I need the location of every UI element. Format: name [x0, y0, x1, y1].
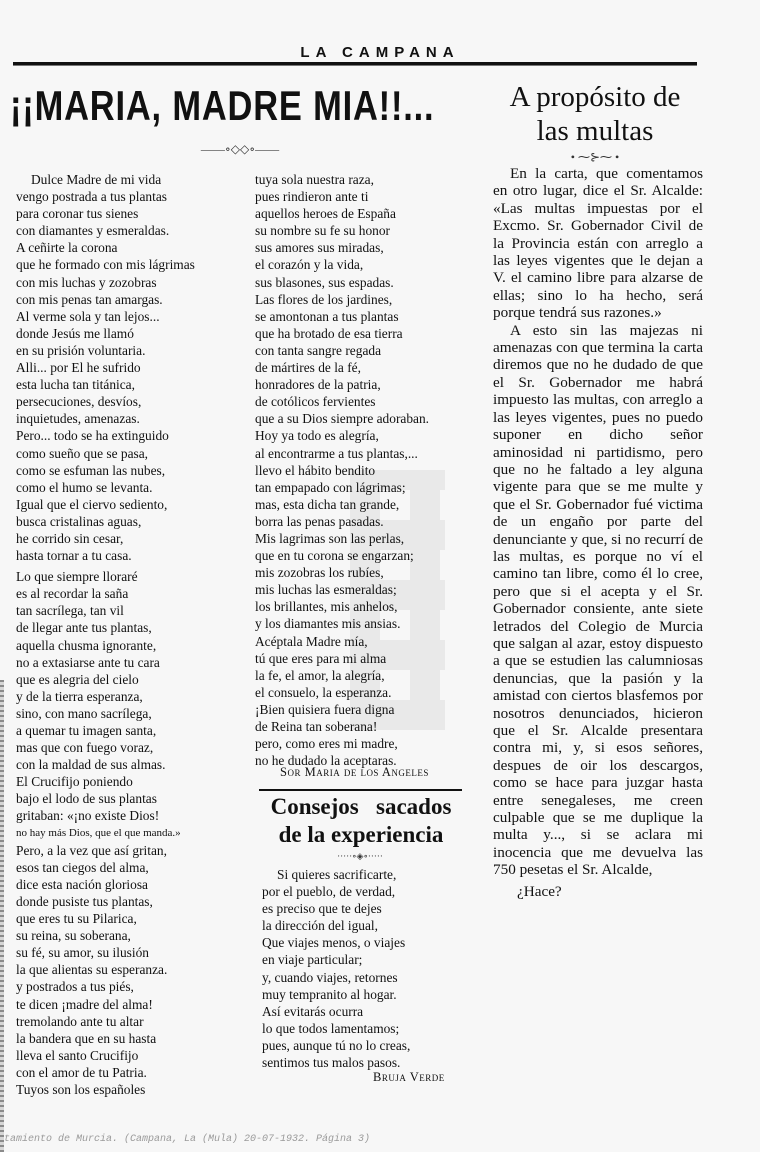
poem-line: pues, aunque tú no lo creas,	[262, 1037, 410, 1054]
poem-line: mis luchas las esmeraldas;	[255, 581, 429, 598]
poem-line: Dulce Madre de mi vida	[16, 171, 195, 188]
poem-line: el consuelo, la esperanza.	[255, 684, 429, 701]
consejos-title-line1: Consejos sacados	[255, 793, 467, 821]
article-body: En la carta, que comentamos en otro luga…	[493, 165, 703, 900]
poem-line: llevo el hábito bendito	[255, 462, 429, 479]
poem-line: que eres tu su Pilarica,	[16, 910, 195, 927]
consejos-ornament: ·····∘◈∘·····	[320, 851, 400, 862]
poem-line: Así evitarás ocurra	[262, 1003, 410, 1020]
poem-line: mis zozobras los rubíes,	[255, 564, 429, 581]
poem-line: Hoy ya todo es alegría,	[255, 427, 429, 444]
poem-line: Mis lagrimas son las perlas,	[255, 530, 429, 547]
header-rule	[13, 62, 697, 66]
poem-line: mas, esta dicha tan grande,	[255, 496, 429, 513]
poem-line: de mártires de la fé,	[255, 359, 429, 376]
article-ornament: • ⁓⊱⁓ •	[545, 150, 645, 165]
poem-line: que a su Dios siempre adoraban.	[255, 410, 429, 427]
article-closing: ¿Hace?	[493, 883, 703, 900]
poem-signature: Sor Maria de los Angeles	[280, 765, 429, 780]
poem-line: Que viajes menos, o viajes	[262, 934, 410, 951]
poem-line: tan empapado con lágrimas;	[255, 479, 429, 496]
poem-line: como el humo se levanta.	[16, 479, 195, 496]
archive-footer: tamiento de Murcia. (Campana, La (Mula) …	[4, 1134, 370, 1145]
poem-line: no a extasiarse ante tu cara	[16, 654, 195, 671]
poem-line: que en tu corona se engarzan;	[255, 547, 429, 564]
poem-title: ¡¡MARIA, MADRE MIA!!...	[10, 82, 379, 130]
poem-line: la que alientas su esperanza.	[16, 961, 195, 978]
poem-line: esta lucha tan titánica,	[16, 376, 195, 393]
poem-line: mas que con fuego voraz,	[16, 739, 195, 756]
article-paragraph-2: A esto sin las majezas ni amenazas con q…	[493, 322, 703, 879]
poem-line: Igual que el ciervo sediento,	[16, 496, 195, 513]
title-ornament: ——∘◇◇∘——	[195, 142, 285, 157]
masthead: LA CAMPANA	[0, 44, 760, 61]
poem-line: es al recordar la saña	[16, 585, 195, 602]
poem-line: con tanta sangre regada	[255, 342, 429, 359]
poem-line: como sueño que se pasa,	[16, 445, 195, 462]
poem-line: ¡Bien quisiera fuera digna	[255, 701, 429, 718]
section-rule	[259, 789, 462, 791]
poem-line: que es alegria del cielo	[16, 671, 195, 688]
poem-line: busca cristalinas aguas,	[16, 513, 195, 530]
poem-line: tuya sola nuestra raza,	[255, 171, 429, 188]
poem-line: con mis penas tan amargas.	[16, 291, 195, 308]
poem-line: y, cuando viajes, retornes	[262, 969, 410, 986]
poem-line: no hay más Dios, que el que manda.»	[16, 825, 195, 842]
article-paragraph-1: En la carta, que comentamos en otro luga…	[493, 165, 703, 322]
poem-line: la fe, el amor, la alegría,	[255, 667, 429, 684]
poem-line: dice esta nación gloriosa	[16, 876, 195, 893]
poem-line: con diamantes y esmeraldas.	[16, 222, 195, 239]
poem-line: donde pusiste tus plantas,	[16, 893, 195, 910]
poem-line: Tuyos son los españoles	[16, 1081, 195, 1098]
article-title: A propósito de las multas	[478, 80, 712, 148]
poem-line: al encontrarme a tus plantas,...	[255, 445, 429, 462]
poem-line: tú que eres para mi alma	[255, 650, 429, 667]
poem-line: vengo postrada a tus plantas	[16, 188, 195, 205]
poem-line: de cotólicos fervientes	[255, 393, 429, 410]
poem-line: tan sacrílega, tan vil	[16, 602, 195, 619]
poem-line: borra las penas pasadas.	[255, 513, 429, 530]
article-title-line2: las multas	[478, 114, 712, 148]
poem-line: con la maldad de sus almas.	[16, 756, 195, 773]
poem-line: persecuciones, desvíos,	[16, 393, 195, 410]
poem-line: como se esfuman las nubes,	[16, 462, 195, 479]
poem-line: Lo que siempre lloraré	[16, 568, 195, 585]
poem-line: te dicen ¡madre del alma!	[16, 996, 195, 1013]
poem-line: y los diamantes mis ansias.	[255, 615, 429, 632]
poem-line: sino, con mano sacrílega,	[16, 705, 195, 722]
consejos-poem: Si quieres sacrificarte,por el pueblo, d…	[262, 866, 410, 1071]
poem-line: la bandera que en su hasta	[16, 1030, 195, 1047]
poem-line: y de la tierra esperanza,	[16, 688, 195, 705]
poem-column-2: tuya sola nuestra raza,pues rindieron an…	[255, 171, 429, 769]
article-title-line1: A propósito de	[478, 80, 712, 114]
poem-line: con el amor de tu Patria.	[16, 1064, 195, 1081]
poem-line: y postrados a tus piés,	[16, 978, 195, 995]
poem-line: de Reina tan soberana!	[255, 718, 429, 735]
poem-line: es preciso que te dejes	[262, 900, 410, 917]
consejos-title: Consejos sacados de la experiencia	[255, 793, 467, 849]
poem-line: pues rindieron ante ti	[255, 188, 429, 205]
consejos-signature: Bruja Verde	[373, 1070, 445, 1085]
poem-line: lo que todos lamentamos;	[262, 1020, 410, 1037]
poem-line: sus amores sus miradas,	[255, 239, 429, 256]
poem-line: que ha brotado de esa tierra	[255, 325, 429, 342]
poem-line: tremolando ante tu altar	[16, 1013, 195, 1030]
poem-line: su nombre su fe su honor	[255, 222, 429, 239]
consejos-title-line2: de la experiencia	[255, 821, 467, 849]
poem-line: pero, como eres mi madre,	[255, 735, 429, 752]
poem-line: bajo el lodo de sus plantas	[16, 790, 195, 807]
poem-line: Las flores de los jardines,	[255, 291, 429, 308]
poem-column-1: Dulce Madre de mi vidavengo postrada a t…	[16, 171, 195, 1098]
poem-line: de llegar ante tus plantas,	[16, 619, 195, 636]
poem-line: su reina, su soberana,	[16, 927, 195, 944]
poem-line: esos tan ciegos del alma,	[16, 859, 195, 876]
poem-line: se amontonan a tus plantas	[255, 308, 429, 325]
poem-line: muy tempranito al hogar.	[262, 986, 410, 1003]
poem-line: Pero, a la vez que así gritan,	[16, 842, 195, 859]
poem-line: aquellos heroes de España	[255, 205, 429, 222]
poem-line: su fé, su amor, su ilusión	[16, 944, 195, 961]
poem-line: el corazón y la vida,	[255, 256, 429, 273]
poem-line: los brillantes, mis anhelos,	[255, 598, 429, 615]
poem-line: sentimos tus malos pasos.	[262, 1054, 410, 1071]
poem-line: que he formado con mis lágrimas	[16, 256, 195, 273]
poem-line: A ceñirte la corona	[16, 239, 195, 256]
poem-line: Alli... por El he sufrido	[16, 359, 195, 376]
poem-line: Si quieres sacrificarte,	[262, 866, 410, 883]
poem-line: gritaban: «¡no existe Dios!	[16, 807, 195, 824]
poem-line: para coronar tus sienes	[16, 205, 195, 222]
poem-line: hasta tornar a tu casa.	[16, 547, 195, 564]
poem-line: aquella chusma ignorante,	[16, 637, 195, 654]
poem-line: Al verme sola y tan lejos...	[16, 308, 195, 325]
poem-line: El Crucifijo poniendo	[16, 773, 195, 790]
poem-line: honradores de la patria,	[255, 376, 429, 393]
poem-line: inquietudes, amenazas.	[16, 410, 195, 427]
scan-edge-artifact	[0, 680, 4, 1152]
poem-line: con mis luchas y zozobras	[16, 274, 195, 291]
poem-line: en viaje particular;	[262, 951, 410, 968]
poem-line: Pero... todo se ha extinguido	[16, 427, 195, 444]
poem-line: la dirección del igual,	[262, 917, 410, 934]
poem-line: lleva el santo Crucifijo	[16, 1047, 195, 1064]
poem-line: sus blasones, sus espadas.	[255, 274, 429, 291]
poem-line: donde Jesús me llamó	[16, 325, 195, 342]
poem-line: Acéptala Madre mía,	[255, 633, 429, 650]
poem-line: he corrido sin cesar,	[16, 530, 195, 547]
poem-line: por el pueblo, de verdad,	[262, 883, 410, 900]
poem-line: a quemar tu imagen santa,	[16, 722, 195, 739]
poem-line: en su prisión voluntaria.	[16, 342, 195, 359]
